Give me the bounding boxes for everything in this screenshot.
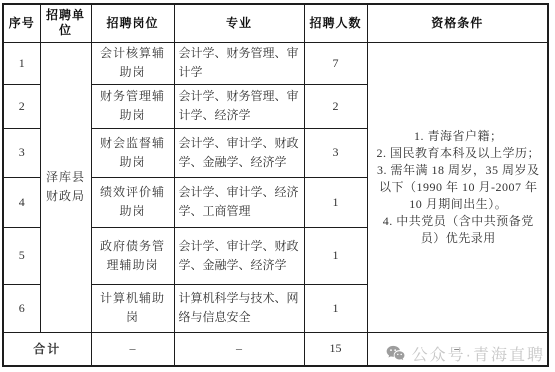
major-cell: 会计学、审计学、财政学、金融学、经济学: [174, 227, 304, 284]
col-header-unit: 招聘单位: [40, 4, 91, 42]
count-cell: 1: [304, 284, 367, 332]
count-cell: 3: [304, 128, 367, 177]
post-cell: 绩效评价辅助岗: [91, 177, 174, 227]
row-no: 4: [3, 177, 40, 227]
post-cell: 政府债务管理辅助岗: [91, 227, 174, 284]
major-text: 会计学、财务管理、审计学: [177, 44, 302, 82]
major-cell: 会计学、财务管理、审计学: [174, 42, 304, 84]
major-text: 会计学、审计学、财政学、金融学、经济学: [177, 134, 302, 172]
total-major: –: [174, 332, 304, 366]
post-cell: 财会监督辅助岗: [91, 128, 174, 177]
post-cell: 计算机辅助岗: [91, 284, 174, 332]
major-text: 会计学、审计学、经济学、工商管理: [177, 183, 302, 221]
major-cell: 会计学、审计学、经济学、工商管理: [174, 177, 304, 227]
row-no: 5: [3, 227, 40, 284]
count-cell: 1: [304, 177, 367, 227]
major-cell: 会计学、审计学、财政学、金融学、经济学: [174, 128, 304, 177]
table-header-row: 序号 招聘单位 招聘岗位 专业 招聘人数 资格条件: [3, 4, 548, 42]
qualification-item: 1. 青海省户籍；: [375, 128, 543, 145]
recruitment-table-page: 序号 招聘单位 招聘岗位 专业 招聘人数 资格条件 1 泽库县财政局 会计核算辅…: [0, 0, 555, 372]
recruitment-table: 序号 招聘单位 招聘岗位 专业 招聘人数 资格条件 1 泽库县财政局 会计核算辅…: [2, 3, 549, 367]
major-text: 会计学、财务管理、审计学、经济学: [177, 87, 302, 125]
count-cell: 7: [304, 42, 367, 84]
count-cell: 1: [304, 227, 367, 284]
col-header-major: 专业: [174, 4, 304, 42]
row-no: 2: [3, 84, 40, 128]
col-header-post: 招聘岗位: [91, 4, 174, 42]
count-cell: 2: [304, 84, 367, 128]
qualification-item: 3. 需年满 18 周岁，35 周岁及以下（1990 年 10 月-2007 年…: [375, 162, 543, 213]
major-cell: 计算机科学与技术、网络与信息安全: [174, 284, 304, 332]
total-count: 15: [304, 332, 367, 366]
total-post: –: [91, 332, 174, 366]
row-no: 3: [3, 128, 40, 177]
major-cell: 会计学、财务管理、审计学、经济学: [174, 84, 304, 128]
major-text: 计算机科学与技术、网络与信息安全: [177, 289, 302, 327]
qualification-item: 4. 中共党员（含中共预备党员）优先录用: [375, 213, 543, 247]
row-no: 6: [3, 284, 40, 332]
unit-cell: 泽库县财政局: [40, 42, 91, 332]
row-no: 1: [3, 42, 40, 84]
total-qualifications: –: [367, 332, 548, 366]
col-header-no: 序号: [3, 4, 40, 42]
post-cell: 会计核算辅助岗: [91, 42, 174, 84]
col-header-count: 招聘人数: [304, 4, 367, 42]
post-cell: 财务管理辅助岗: [91, 84, 174, 128]
qualifications-cell: 1. 青海省户籍； 2. 国民教育本科及以上学历； 3. 需年满 18 周岁，3…: [367, 42, 548, 332]
col-header-qualifications: 资格条件: [367, 4, 548, 42]
qualification-item: 2. 国民教育本科及以上学历；: [375, 145, 543, 162]
major-text: 会计学、审计学、财政学、金融学、经济学: [177, 237, 302, 275]
total-label: 合计: [3, 332, 91, 366]
total-row: 合计 – – 15 –: [3, 332, 548, 366]
table-row: 1 泽库县财政局 会计核算辅助岗 会计学、财务管理、审计学 7 1. 青海省户籍…: [3, 42, 548, 84]
